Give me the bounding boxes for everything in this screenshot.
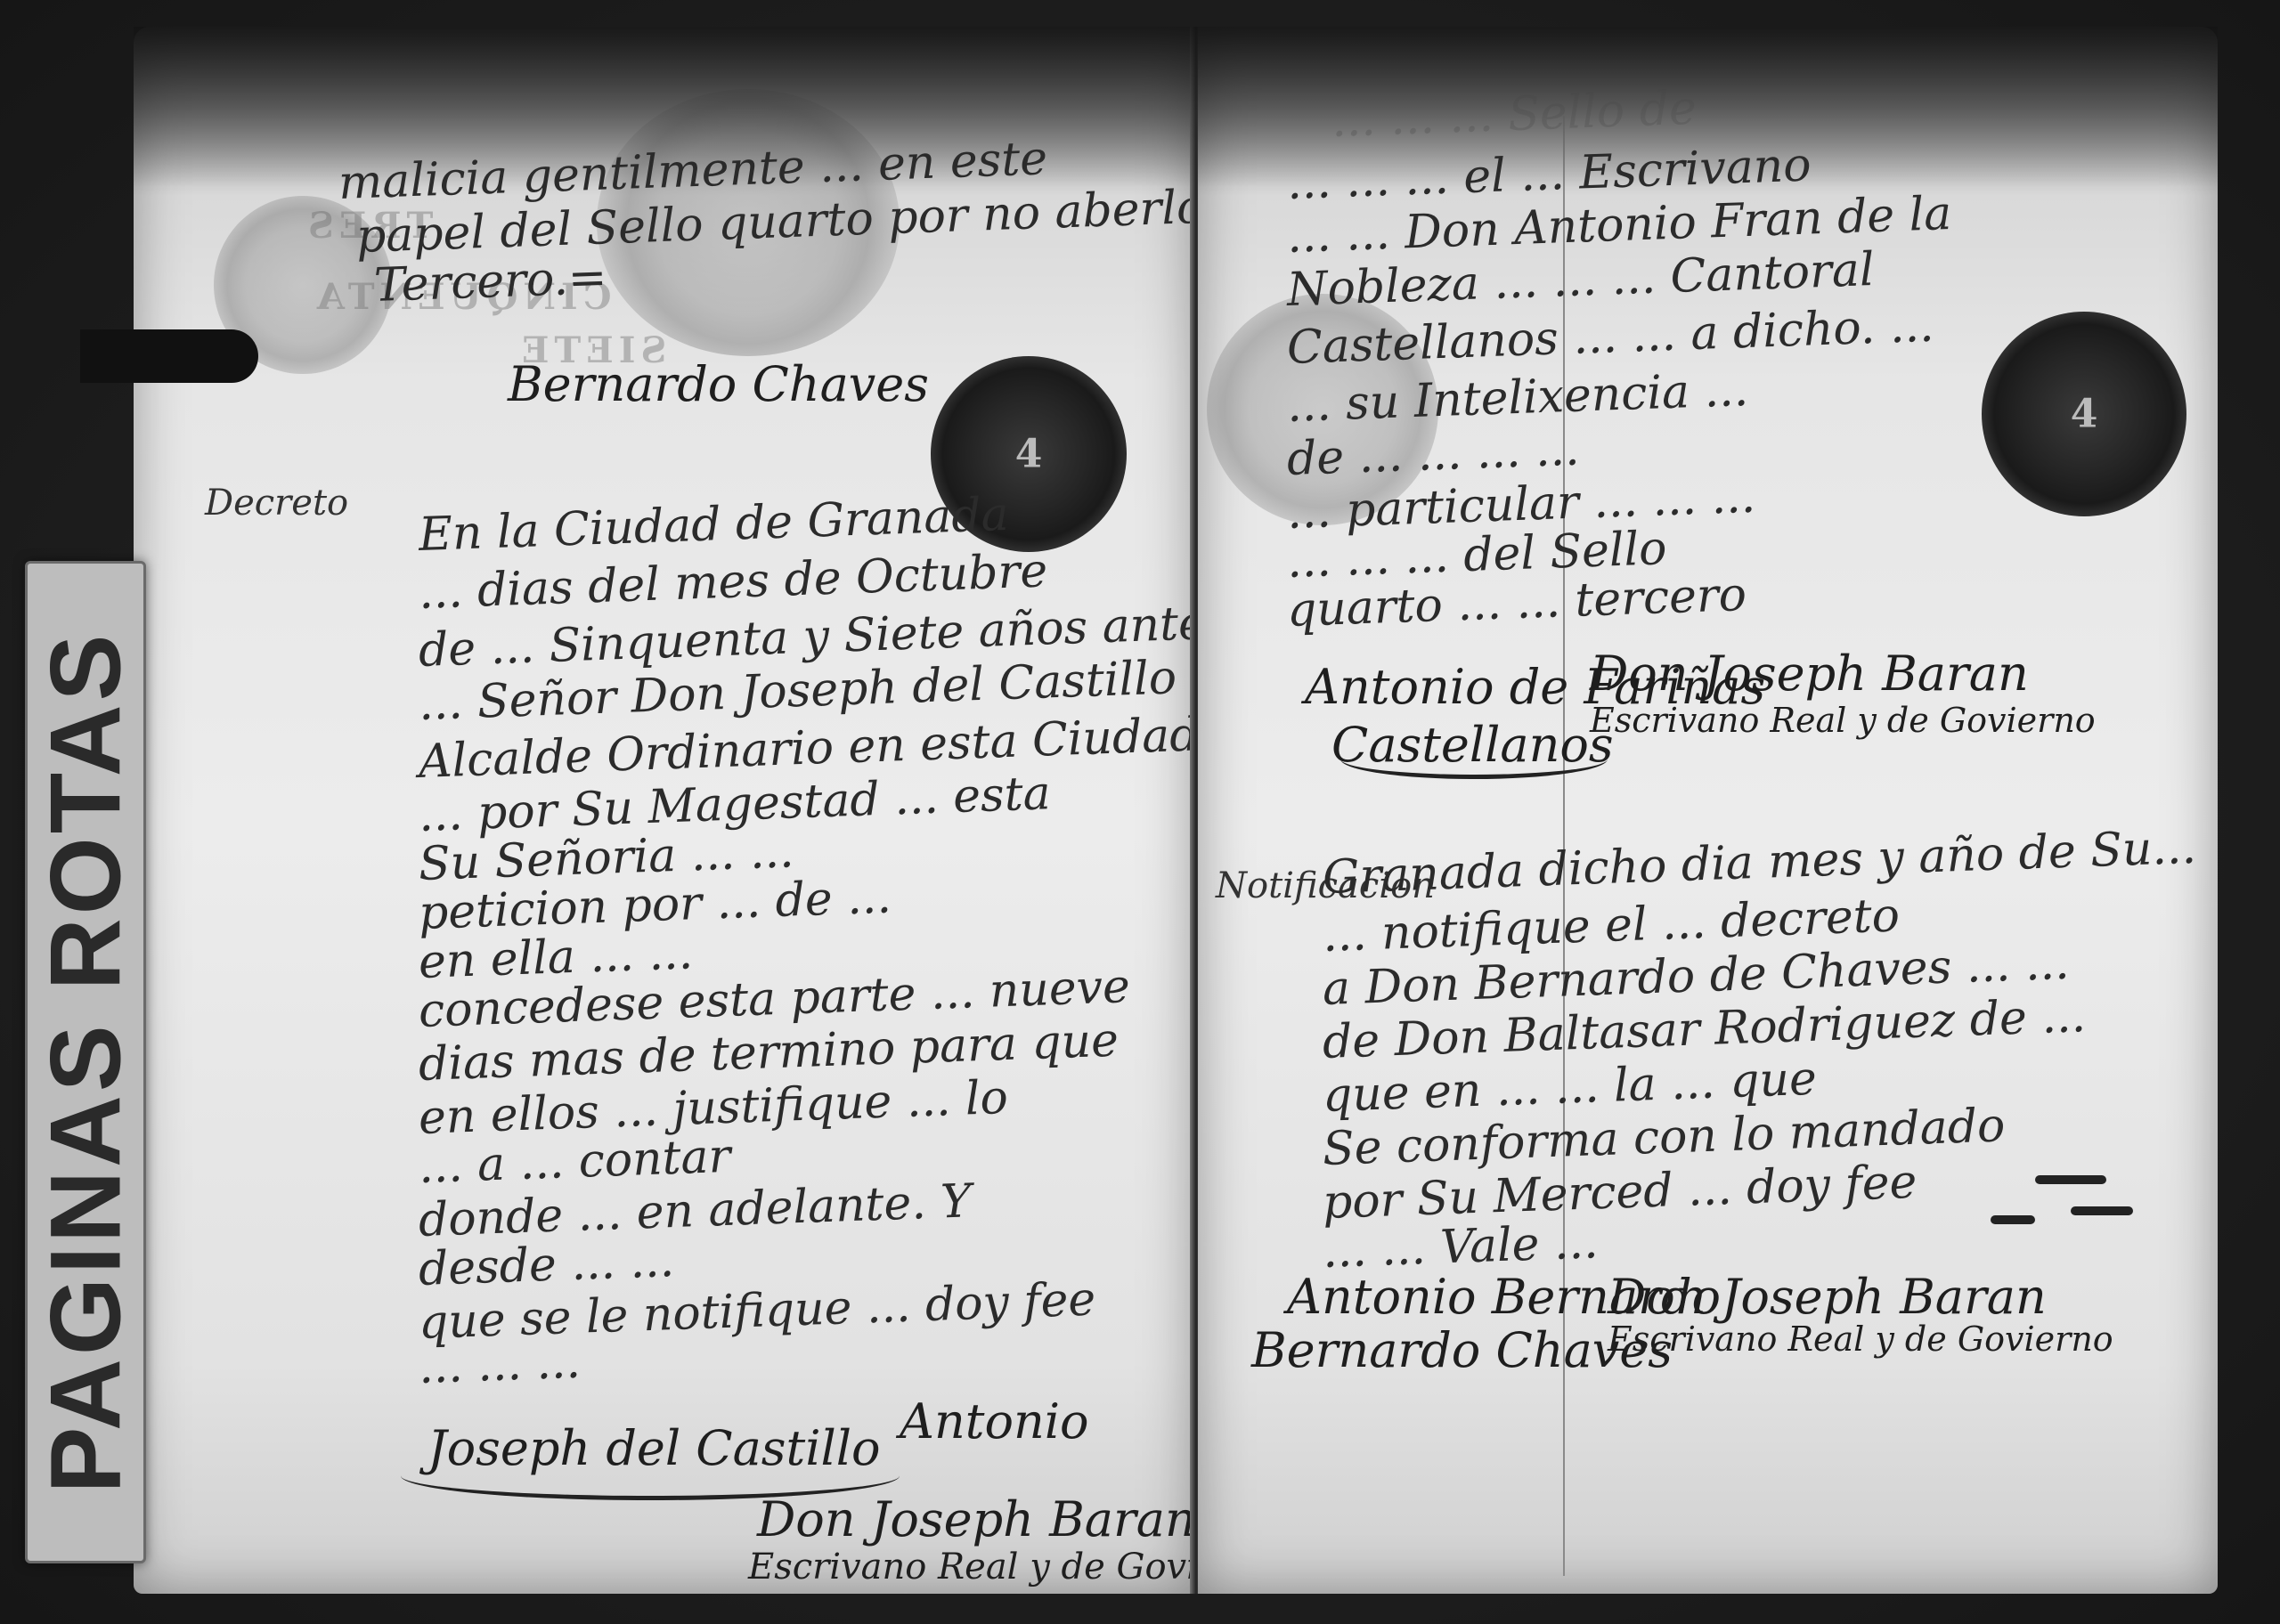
binding-clip [80, 329, 258, 383]
signature-baran: Don Joseph Baran [757, 1496, 1196, 1544]
official-seal: 4 [1982, 312, 2186, 516]
signature-antonio: Antonio [900, 1398, 1089, 1446]
microfilm-scan: TRES CINQUENTA SIETE malicia gentilmente… [0, 0, 2280, 1624]
line-filler-dash [2071, 1206, 2133, 1215]
header-line: ... ... ... Sello de [1331, 85, 1697, 144]
line-filler-dash [2035, 1175, 2106, 1184]
seal-number: 4 [2071, 392, 2098, 437]
signature-flourish [1340, 739, 1608, 779]
seal-number: 4 [1015, 432, 1043, 477]
notice-line: Granada dicho dia mes y año de Su... [1322, 824, 2197, 901]
broken-pages-label-text: PAGINAS ROTAS [28, 631, 143, 1494]
broken-pages-label: PAGINAS ROTAS [25, 561, 146, 1563]
page-title-signature: Bernardo Chaves [508, 361, 929, 409]
line-filler-dash [1991, 1215, 2035, 1224]
left-page: TRES CINQUENTA SIETE malicia gentilmente… [134, 27, 1193, 1594]
open-book: TRES CINQUENTA SIETE malicia gentilmente… [134, 27, 2218, 1594]
body-line: ... a ... contar [418, 1133, 731, 1190]
header-line: de ... ... ... ... [1286, 426, 1580, 483]
right-page: 4 ... ... ... Sello de ... ... ... el ..… [1198, 27, 2218, 1594]
signature-baran: Don Joseph Baran [1608, 1273, 2047, 1321]
signature-baran: Don Joseph Baran [1590, 650, 2029, 698]
body-line: ... ... ... [418, 1339, 582, 1391]
margin-note: Decreto [205, 485, 348, 521]
header-line: Tercero.= [373, 255, 607, 309]
signature-title: Escrivano Real y de Govierno [1590, 703, 2096, 737]
header-line: ... su Intelixencia ... [1286, 367, 1749, 429]
body-line: desde ... ... [418, 1238, 675, 1293]
signature-title: Escrivano Real y de Govierno [1608, 1322, 2113, 1356]
notice-line: ... ... Vale ... [1322, 1219, 1599, 1275]
header-line: quarto ... ... tercero [1286, 572, 1747, 634]
